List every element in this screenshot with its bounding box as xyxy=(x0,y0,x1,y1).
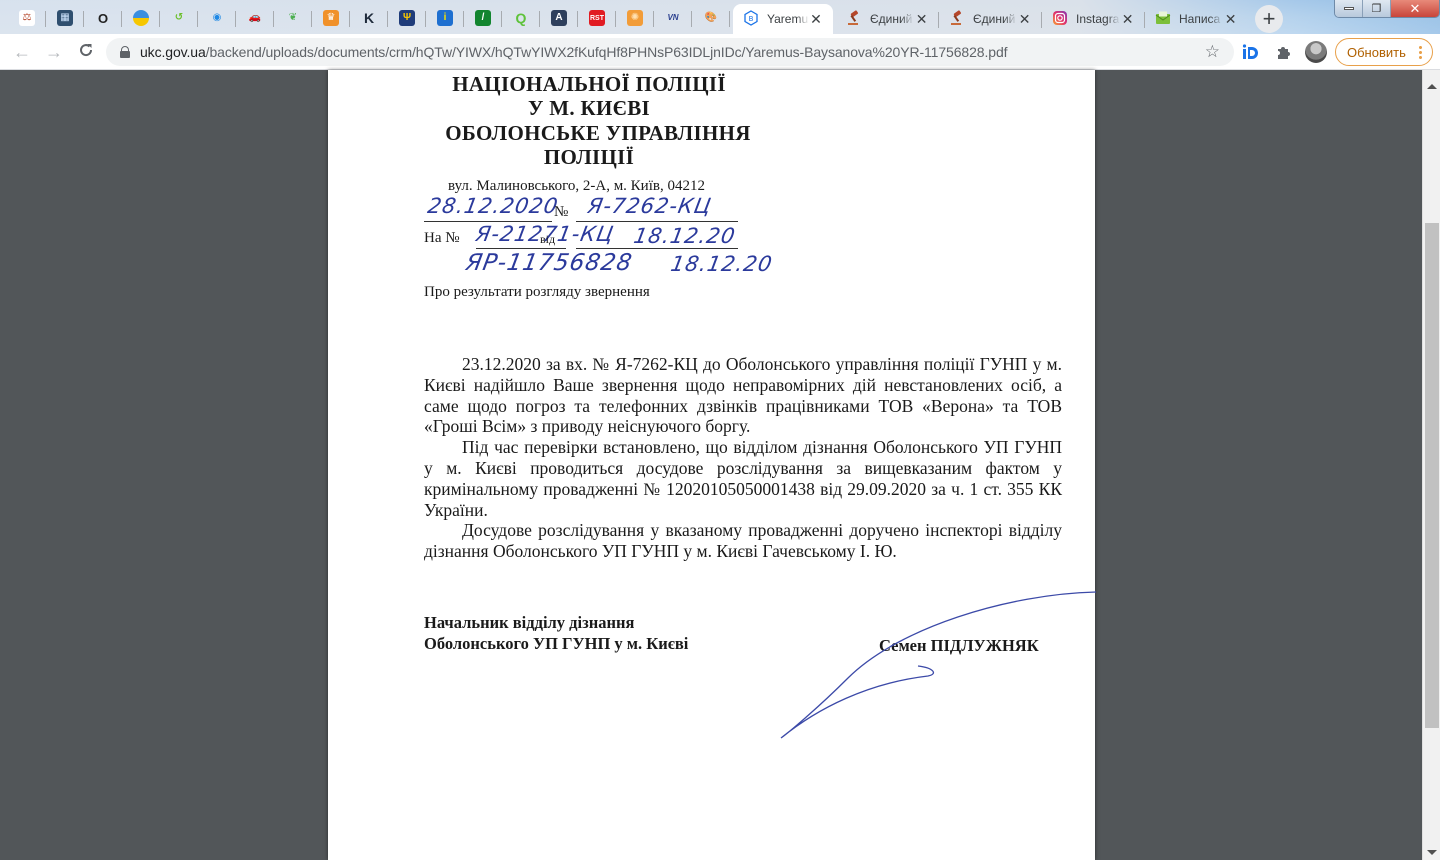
pinned-tab[interactable]: VN xyxy=(654,4,692,32)
gavel-favicon-icon xyxy=(846,10,862,29)
handwritten-reference-date: 18.12.20 xyxy=(669,252,775,276)
pinned-tab[interactable]: O xyxy=(84,4,122,32)
number-sign: № xyxy=(554,204,568,221)
privatbank-favicon-icon: / xyxy=(475,10,491,26)
pinned-tab[interactable]: / xyxy=(464,4,502,32)
lock-icon xyxy=(120,46,130,58)
tab-title: Instagra xyxy=(1076,12,1120,26)
header-line-2: У М. КИЄВІ xyxy=(424,96,754,120)
underline xyxy=(576,248,738,249)
menu-kebab-icon[interactable] xyxy=(1419,45,1422,59)
scroll-thumb[interactable] xyxy=(1425,223,1439,728)
forward-button[interactable]: → xyxy=(42,40,66,64)
browser-toolbar: ← → ukc.gov.ua/backend/uploads/documents… xyxy=(0,34,1440,70)
scroll-down-arrow-icon[interactable] xyxy=(1427,850,1437,855)
subject-line: Про результати розгляду звернення xyxy=(424,284,650,301)
green-arrow-favicon-icon: ↺ xyxy=(171,10,187,26)
back-button[interactable]: ← xyxy=(10,40,34,64)
chef-hat-favicon-icon: ♛ xyxy=(323,10,339,26)
tab-active-pdf[interactable]: B Yaremus ✕ xyxy=(733,4,833,34)
pinned-tab[interactable]: ✺ xyxy=(616,4,654,32)
reply-from-label: від xyxy=(540,232,555,247)
tab-title: Yaremus xyxy=(767,12,809,26)
tab-title: Єдиний xyxy=(870,12,914,26)
underline xyxy=(476,248,566,249)
id-extension-icon[interactable] xyxy=(1241,42,1261,62)
pinned-tab[interactable]: i xyxy=(426,4,464,32)
svg-text:B: B xyxy=(749,15,754,23)
instagram-favicon-icon xyxy=(1052,10,1068,29)
tab-compose-mail[interactable]: Написа ✕ xyxy=(1145,4,1248,34)
pinned-tab[interactable] xyxy=(122,4,160,32)
shield-a-favicon-icon: A xyxy=(551,10,567,26)
update-button[interactable]: Обновить xyxy=(1335,38,1433,66)
close-tab-icon[interactable]: ✕ xyxy=(809,11,823,28)
bookmark-star-icon[interactable]: ☆ xyxy=(1205,42,1220,62)
map-pin-favicon-icon: ◉ xyxy=(209,10,225,26)
new-tab-button[interactable]: + xyxy=(1255,5,1283,33)
circle-favicon-icon: O xyxy=(95,10,111,26)
mail-envelope-favicon-icon xyxy=(1155,10,1171,29)
back-arrow-icon: ← xyxy=(13,42,31,63)
info-favicon-icon: i xyxy=(437,10,453,26)
trident-favicon-icon: Ψ xyxy=(399,10,415,26)
k-logo-favicon-icon: K xyxy=(361,10,377,26)
pdf-page: НАЦІОНАЛЬНОЇ ПОЛІЦІЇ У М. КИЄВІ ОБОЛОНСЬ… xyxy=(328,70,1095,860)
handwritten-reference-number: ЯР-11756828 xyxy=(464,250,635,276)
pinned-tab[interactable]: ❦ xyxy=(274,4,312,32)
window-controls: ❐ ✕ xyxy=(1334,0,1440,18)
address-bar[interactable]: ukc.gov.ua/backend/uploads/documents/crm… xyxy=(106,38,1234,66)
body-paragraph-3: Досудове розслідування у вказаному прова… xyxy=(424,520,1062,562)
pinned-tab[interactable]: K xyxy=(350,4,388,32)
profile-avatar[interactable] xyxy=(1305,41,1327,63)
reload-button[interactable] xyxy=(74,40,98,64)
close-tab-icon[interactable]: ✕ xyxy=(1017,11,1032,28)
ukraine-flag-favicon-icon xyxy=(133,10,149,26)
puzzle-extensions-icon[interactable] xyxy=(1273,42,1293,62)
tab-edynyi-2[interactable]: Єдиний ✕ xyxy=(939,4,1042,34)
rst-favicon-icon: RST xyxy=(589,10,605,26)
vn-logo-favicon-icon: VN xyxy=(665,10,681,26)
q-logo-favicon-icon: Q xyxy=(513,10,529,26)
pinned-tab[interactable]: ◉ xyxy=(198,4,236,32)
url-text: ukc.gov.ua/backend/uploads/documents/crm… xyxy=(140,44,1007,60)
scroll-up-arrow-icon[interactable] xyxy=(1427,84,1437,89)
close-tab-icon[interactable]: ✕ xyxy=(1223,11,1238,28)
pinned-tab[interactable]: ⚖ xyxy=(8,4,46,32)
palette-favicon-icon: 🎨 xyxy=(703,10,719,26)
signatory-title-line-2: Оболонського УП ГУНП у м. Києві xyxy=(424,633,688,654)
vertical-scrollbar[interactable] xyxy=(1422,70,1440,860)
gavel-favicon-icon xyxy=(949,10,965,29)
body-paragraph-1: 23.12.2020 за вх. № Я-7262-КЦ до Оболонс… xyxy=(424,354,1062,437)
tab-edynyi-1[interactable]: Єдиний ✕ xyxy=(836,4,939,34)
office-address: вул. Малиновського, 2-А, м. Київ, 04212 xyxy=(448,178,705,195)
pinned-tab[interactable]: Ψ xyxy=(388,4,426,32)
update-label: Обновить xyxy=(1347,45,1406,60)
pinned-tab[interactable]: ↺ xyxy=(160,4,198,32)
handwritten-outgoing-date: 28.12.2020 xyxy=(426,194,560,218)
handwritten-reply-date: 18.12.20 xyxy=(632,224,738,248)
pinned-tab[interactable]: Q xyxy=(502,4,540,32)
pinned-tab[interactable]: ♛ xyxy=(312,4,350,32)
orange-pattern-favicon-icon: ✺ xyxy=(627,10,643,26)
pinned-tab[interactable]: 🎨 xyxy=(692,4,730,32)
header-line-1: НАЦІОНАЛЬНОЇ ПОЛІЦІЇ xyxy=(424,72,754,96)
pinned-tab[interactable]: A xyxy=(540,4,578,32)
close-tab-icon[interactable]: ✕ xyxy=(914,11,929,28)
tab-title: Єдиний xyxy=(973,12,1017,26)
reload-icon xyxy=(78,42,94,63)
body-paragraph-2: Під час перевірки встановлено, що відділ… xyxy=(424,437,1062,520)
pinned-tab[interactable]: ▦ xyxy=(46,4,84,32)
tab-instagram[interactable]: Instagra ✕ xyxy=(1042,4,1145,34)
photo-favicon-icon: ▦ xyxy=(57,10,73,26)
leaf-favicon-icon: ❦ xyxy=(285,10,301,26)
pinned-tab[interactable]: RST xyxy=(578,4,616,32)
pdf-viewer: НАЦІОНАЛЬНОЇ ПОЛІЦІЇ У М. КИЄВІ ОБОЛОНСЬ… xyxy=(0,70,1422,860)
close-tab-icon[interactable]: ✕ xyxy=(1120,11,1135,28)
close-window-button[interactable]: ✕ xyxy=(1391,0,1439,17)
gavel-favicon-icon: ⚖ xyxy=(19,10,35,26)
handwritten-outgoing-number: Я-7262-КЦ xyxy=(586,194,714,218)
letter-body: 23.12.2020 за вх. № Я-7262-КЦ до Оболонс… xyxy=(424,354,1062,562)
pinned-tab[interactable]: 🚗 xyxy=(236,4,274,32)
signatory-title-line-1: Начальник відділу дізнання xyxy=(424,612,688,633)
hexagon-b-favicon-icon: B xyxy=(743,10,759,29)
minimize-button[interactable] xyxy=(1335,0,1363,17)
header-line-4: ПОЛІЦІЇ xyxy=(424,145,754,169)
car-favicon-icon: 🚗 xyxy=(247,10,263,26)
tab-separator xyxy=(729,11,730,27)
header-line-3: ОБОЛОНСЬКЕ УПРАВЛІННЯ xyxy=(418,121,778,145)
tab-title: Написа xyxy=(1179,12,1223,26)
tab-strip: ⚖▦O↺◉🚗❦♛KΨi/QARST✺VN🎨 B Yaremus ✕ Єдиний… xyxy=(0,0,1440,34)
reply-prefix: На № xyxy=(424,230,460,247)
forward-arrow-icon: → xyxy=(45,42,63,63)
handwritten-signature xyxy=(778,588,1098,748)
restore-button[interactable]: ❐ xyxy=(1363,0,1391,17)
minimize-icon xyxy=(1344,7,1354,10)
signatory-title: Начальник відділу дізнання Оболонського … xyxy=(424,612,688,654)
